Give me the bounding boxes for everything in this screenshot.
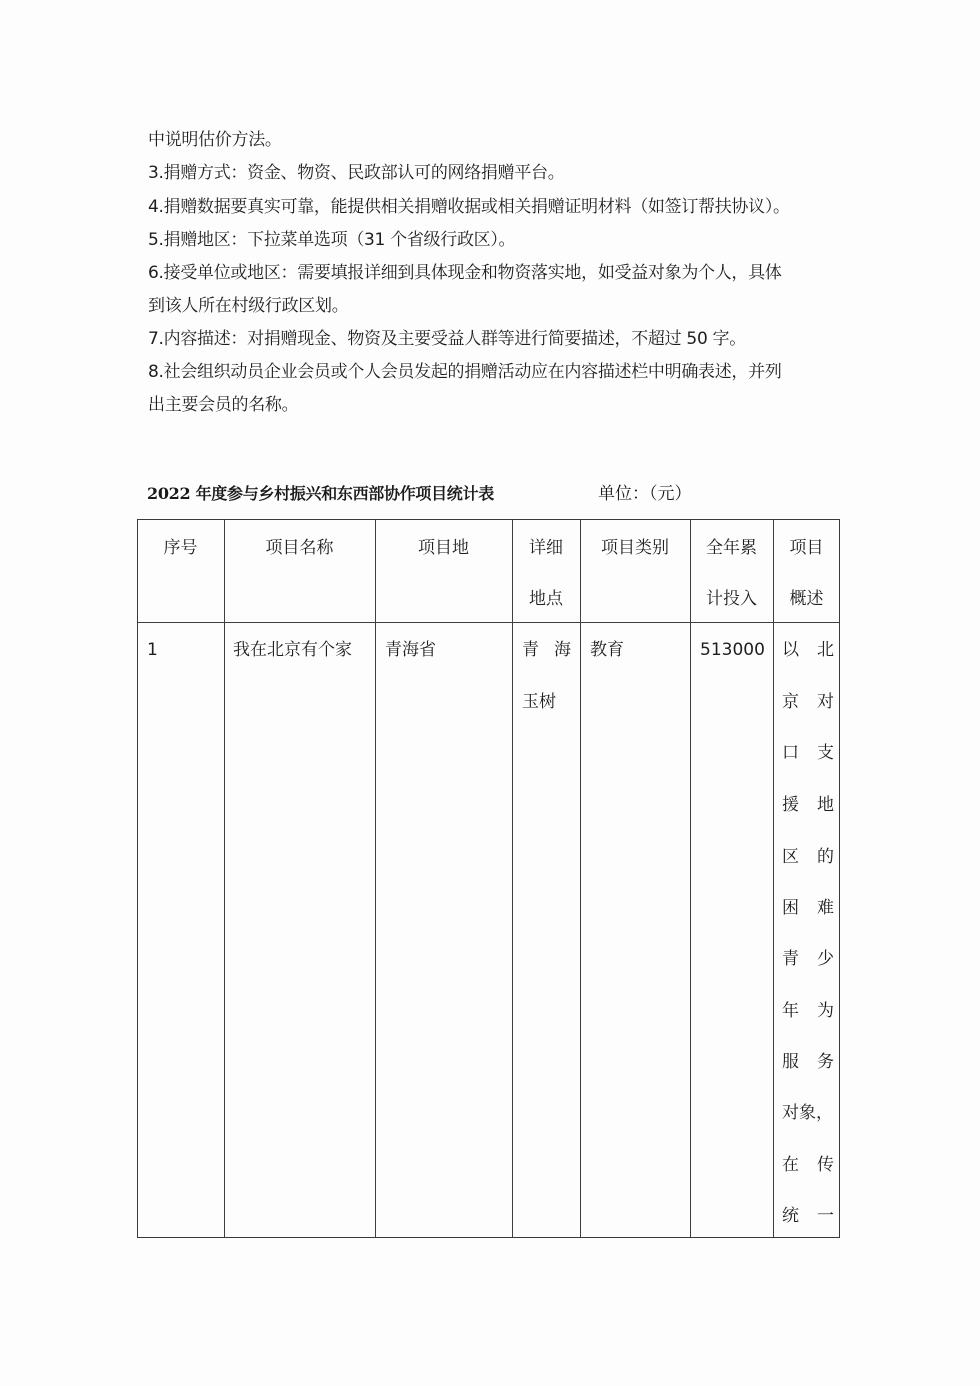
header-project-category: 项目类别 [580,537,690,559]
instruction-line: 4.捐赠数据要真实可靠，能提供相关捐赠收据或相关捐赠证明材料（如签订帮扶协议）。 [148,196,790,218]
instruction-line: 8.社会组织动员企业会员或个人会员发起的捐赠活动应在内容描述栏中明确表述，并列 [148,361,782,383]
summary-char: 援 [782,794,799,816]
summary-char: 服 [782,1051,799,1073]
summary-line: 年为 [782,1000,834,1022]
summary-char: 困 [782,897,799,919]
column-divider [512,520,513,1237]
header-detail-location: 详细 [512,537,580,559]
header-divider [138,622,839,623]
summary-char: 青 [782,948,799,970]
header-index: 序号 [137,537,224,559]
summary-char: 对 [817,691,834,713]
row-investment: 513000 [700,639,765,661]
instruction-line: 中说明估价方法。 [148,129,282,151]
summary-char: 支 [817,742,834,764]
summary-line: 在传 [782,1154,834,1176]
header-detail-location-2: 地点 [512,588,580,610]
header-project-summary: 项目 [773,537,840,559]
summary-char: 的 [817,846,834,868]
summary-char: 以 [782,639,799,661]
row-detail-2: 玉树 [522,691,556,713]
row-detail-1b: 海 [554,639,571,661]
column-divider [773,520,774,1237]
instruction-line: 出主要会员的名称。 [148,394,298,416]
document-page: 中说明估价方法。 3.捐赠方式：资金、物资、民政部认可的网络捐赠平台。 4.捐赠… [0,0,980,1386]
column-divider [690,520,691,1237]
summary-char: 务 [817,1051,834,1073]
summary-line: 京对 [782,691,834,713]
summary-line: 服务 [782,1051,834,1073]
header-project-name: 项目名称 [224,537,375,559]
column-divider [580,520,581,1237]
summary-char: 少 [817,948,834,970]
column-divider [375,520,376,1237]
summary-line: 口支 [782,742,834,764]
header-project-location: 项目地 [375,537,512,559]
summary-char: 对象， [782,1102,833,1124]
summary-char: 京 [782,691,799,713]
row-index: 1 [147,639,158,661]
column-divider [224,520,225,1237]
summary-line: 援地 [782,794,834,816]
header-annual-investment: 全年累 [690,537,773,559]
summary-line: 困难 [782,897,834,919]
summary-char: 在 [782,1154,799,1176]
summary-char: 难 [817,897,834,919]
instruction-line: 3.捐赠方式：资金、物资、民政部认可的网络捐赠平台。 [148,162,564,184]
table-unit: 单位：（元） [598,483,692,505]
instruction-line: 7.内容描述：对捐赠现金、物资及主要受益人群等进行简要描述，不超过 50 字。 [148,328,746,350]
summary-char: 口 [782,742,799,764]
summary-line: 以北 [782,639,834,661]
row-category: 教育 [590,639,624,661]
table-title: 2022 年度参与乡村振兴和东西部协作项目统计表 [147,483,494,505]
summary-char: 为 [817,1000,834,1022]
summary-char: 一 [817,1205,834,1227]
header-project-summary-2: 概述 [773,588,840,610]
row-project-name: 我在北京有个家 [233,639,352,661]
instruction-line: 到该人所在村级行政区划。 [148,295,348,317]
statistics-table [137,519,840,1238]
summary-line: 统一 [782,1205,834,1227]
summary-char: 传 [817,1154,834,1176]
summary-line: 青少 [782,948,834,970]
instruction-line: 6.接受单位或地区：需要填报详细到具体现金和物资落实地，如受益对象为个人，具体 [148,262,782,284]
summary-char: 区 [782,846,799,868]
summary-line: 对象， [782,1102,834,1124]
instruction-line: 5.捐赠地区：下拉菜单选项（31 个省级行政区）。 [148,229,515,251]
row-detail-1a: 青 [522,639,539,661]
summary-char: 年 [782,1000,799,1022]
summary-line: 区的 [782,846,834,868]
header-annual-investment-2: 计投入 [690,588,773,610]
summary-char: 北 [817,639,834,661]
summary-char: 统 [782,1205,799,1227]
summary-char: 地 [817,794,834,816]
row-province: 青海省 [385,639,436,661]
